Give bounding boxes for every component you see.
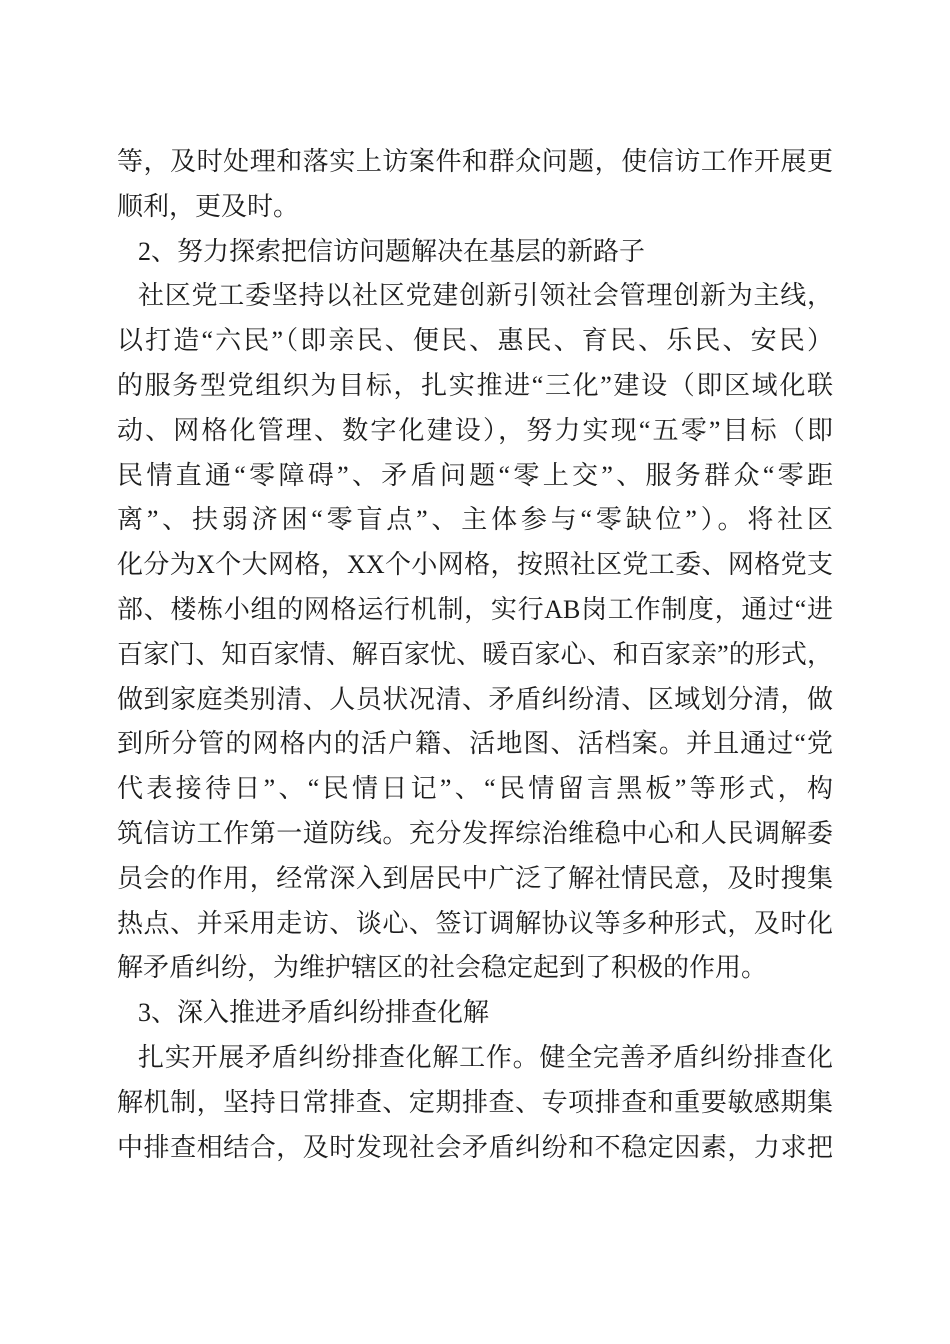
text-line: 到所分管的网格内的活户籍、活地图、活档案。并且通过“党	[117, 722, 833, 767]
document-page: 等，及时处理和落实上访案件和群众问题，使信访工作开展更顺利，更及时。2、努力探索…	[0, 0, 950, 1344]
text-line: 解矛盾纠纷，为维护辖区的社会稳定起到了积极的作用。	[117, 946, 833, 991]
text-line: 员会的作用，经常深入到居民中广泛了解社情民意，及时搜集	[117, 857, 833, 902]
text-line: 等，及时处理和落实上访案件和群众问题，使信访工作开展更	[117, 140, 833, 185]
text-line: 扎实开展矛盾纠纷排查化解工作。健全完善矛盾纠纷排查化	[117, 1036, 833, 1081]
text-line: 百家门、知百家情、解百家忧、暖百家心、和百家亲”的形式，	[117, 633, 833, 678]
text-line: 顺利，更及时。	[117, 185, 833, 230]
text-line: 解机制，坚持日常排查、定期排查、专项排查和重要敏感期集	[117, 1081, 833, 1126]
text-line: 2、努力探索把信访问题解决在基层的新路子	[117, 230, 833, 275]
document-body-text: 等，及时处理和落实上访案件和群众问题，使信访工作开展更顺利，更及时。2、努力探索…	[117, 140, 833, 1170]
text-line: 离”、扶弱济困“零盲点”、主体参与“零缺位”）。将社区	[117, 498, 833, 543]
text-line: 筑信访工作第一道防线。充分发挥综治维稳中心和人民调解委	[117, 812, 833, 857]
text-line: 的服务型党组织为目标，扎实推进“三化”建设（即区域化联	[117, 364, 833, 409]
text-line: 社区党工委坚持以社区党建创新引领社会管理创新为主线，	[117, 274, 833, 319]
text-line: 民情直通“零障碍”、矛盾问题“零上交”、服务群众“零距	[117, 454, 833, 499]
text-line: 化分为X个大网格，XX个小网格，按照社区党工委、网格党支	[117, 543, 833, 588]
text-line: 代表接待日”、“民情日记”、“民情留言黑板”等形式，构	[117, 767, 833, 812]
text-line: 以打造“六民”（即亲民、便民、惠民、育民、乐民、安民）	[117, 319, 833, 364]
text-line: 中排查相结合，及时发现社会矛盾纠纷和不稳定因素，力求把	[117, 1126, 833, 1171]
text-line: 部、楼栋小组的网格运行机制，实行AB岗工作制度，通过“进	[117, 588, 833, 633]
text-line: 3、深入推进矛盾纠纷排查化解	[117, 991, 833, 1036]
text-line: 热点、并采用走访、谈心、签订调解协议等多种形式，及时化	[117, 902, 833, 947]
text-line: 做到家庭类别清、人员状况清、矛盾纠纷清、区域划分清，做	[117, 678, 833, 723]
text-line: 动、网格化管理、数字化建设），努力实现“五零”目标（即	[117, 409, 833, 454]
